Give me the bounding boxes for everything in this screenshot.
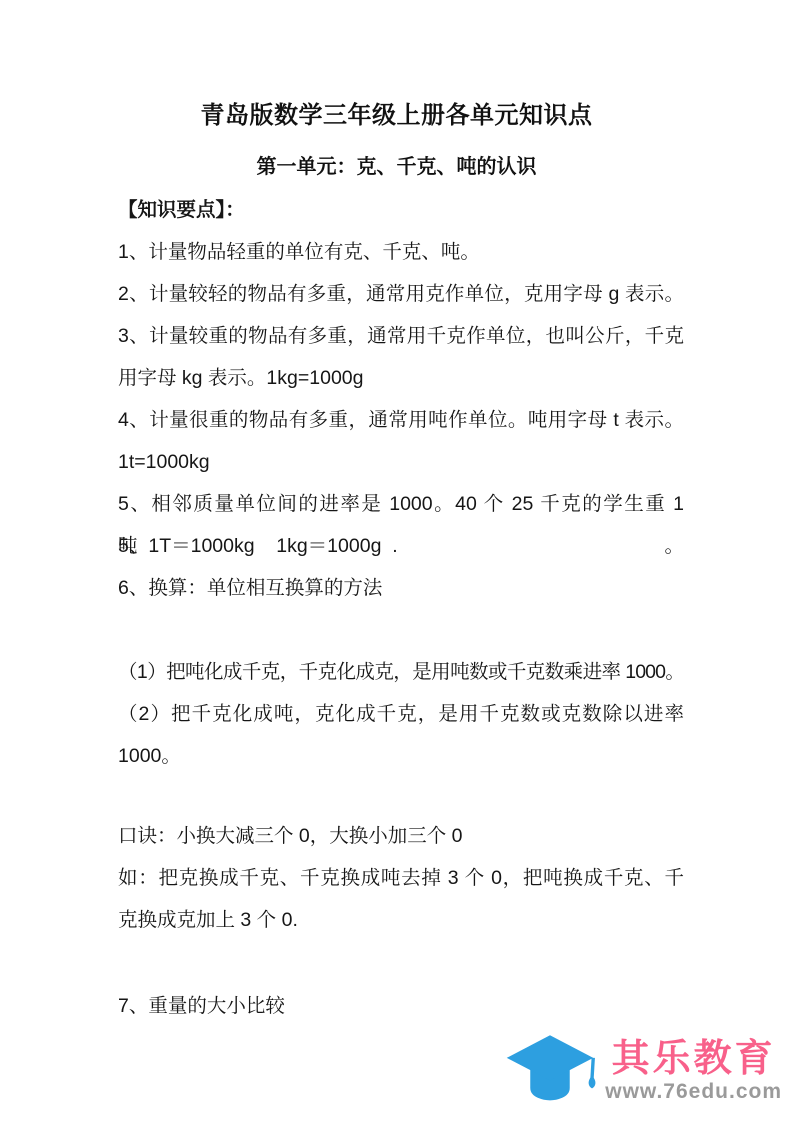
content-line: 2、计量较轻的物品有多重，通常用克作单位，克用字母 g 表示。: [118, 273, 684, 315]
document-body: 【知识要点】： 1、计量物品轻重的单位有克、千克、吨。 2、计量较轻的物品有多重…: [118, 189, 684, 1027]
page-title: 青岛版数学三年级上册各单元知识点: [0, 95, 793, 130]
brand-name: 其乐教育: [612, 1040, 776, 1078]
content-line: 1、计量物品轻重的单位有克、千克、吨。: [118, 231, 684, 273]
brand-text: 其乐教育 www.76edu.com: [605, 1040, 782, 1102]
content-line: 如：把克换成千克、千克换成吨去掉 3 个 0，把吨换成千克、千: [118, 857, 684, 899]
graduation-cap-icon: [503, 1032, 597, 1110]
brand-logo: 其乐教育 www.76edu.com: [503, 1032, 782, 1110]
content-line: 口诀：小换大减三个 0，大换小加三个 0: [118, 815, 684, 857]
content-line: 5、相邻质量单位间的进率是 1000。40 个 25 千克的学生重 1 吨。: [118, 483, 684, 525]
document-page: 青岛版数学三年级上册各单元知识点 第一单元：克、千克、吨的认识 【知识要点】： …: [0, 0, 793, 1122]
content-line: 7、重量的大小比较: [118, 985, 684, 1027]
page-subtitle: 第一单元：克、千克、吨的认识: [0, 150, 793, 179]
content-line: 1t=1000kg: [118, 441, 684, 483]
blank-line: [118, 777, 684, 815]
content-line: （1）把吨化成千克，千克化成克，是用吨数或千克数乘进率 1000。: [118, 651, 684, 693]
content-line: 6、换算：单位相互换算的方法: [118, 567, 684, 609]
section-heading: 【知识要点】：: [118, 189, 684, 231]
content-line: 1000。: [118, 735, 684, 777]
content-line: 4、计量很重的物品有多重，通常用吨作单位。吨用字母 t 表示。: [118, 399, 684, 441]
content-line: （2）把千克化成吨，克化成千克，是用千克数或克数除以进率: [118, 693, 684, 735]
blank-line: [118, 609, 684, 651]
blank-line: [118, 941, 684, 985]
content-line: 3、计量较重的物品有多重，通常用千克作单位，也叫公斤，千克: [118, 315, 684, 357]
content-line: 用字母 kg 表示。1kg=1000g: [118, 357, 684, 399]
brand-website: www.76edu.com: [605, 1081, 782, 1102]
content-line: 克换成克加上 3 个 0.: [118, 899, 684, 941]
